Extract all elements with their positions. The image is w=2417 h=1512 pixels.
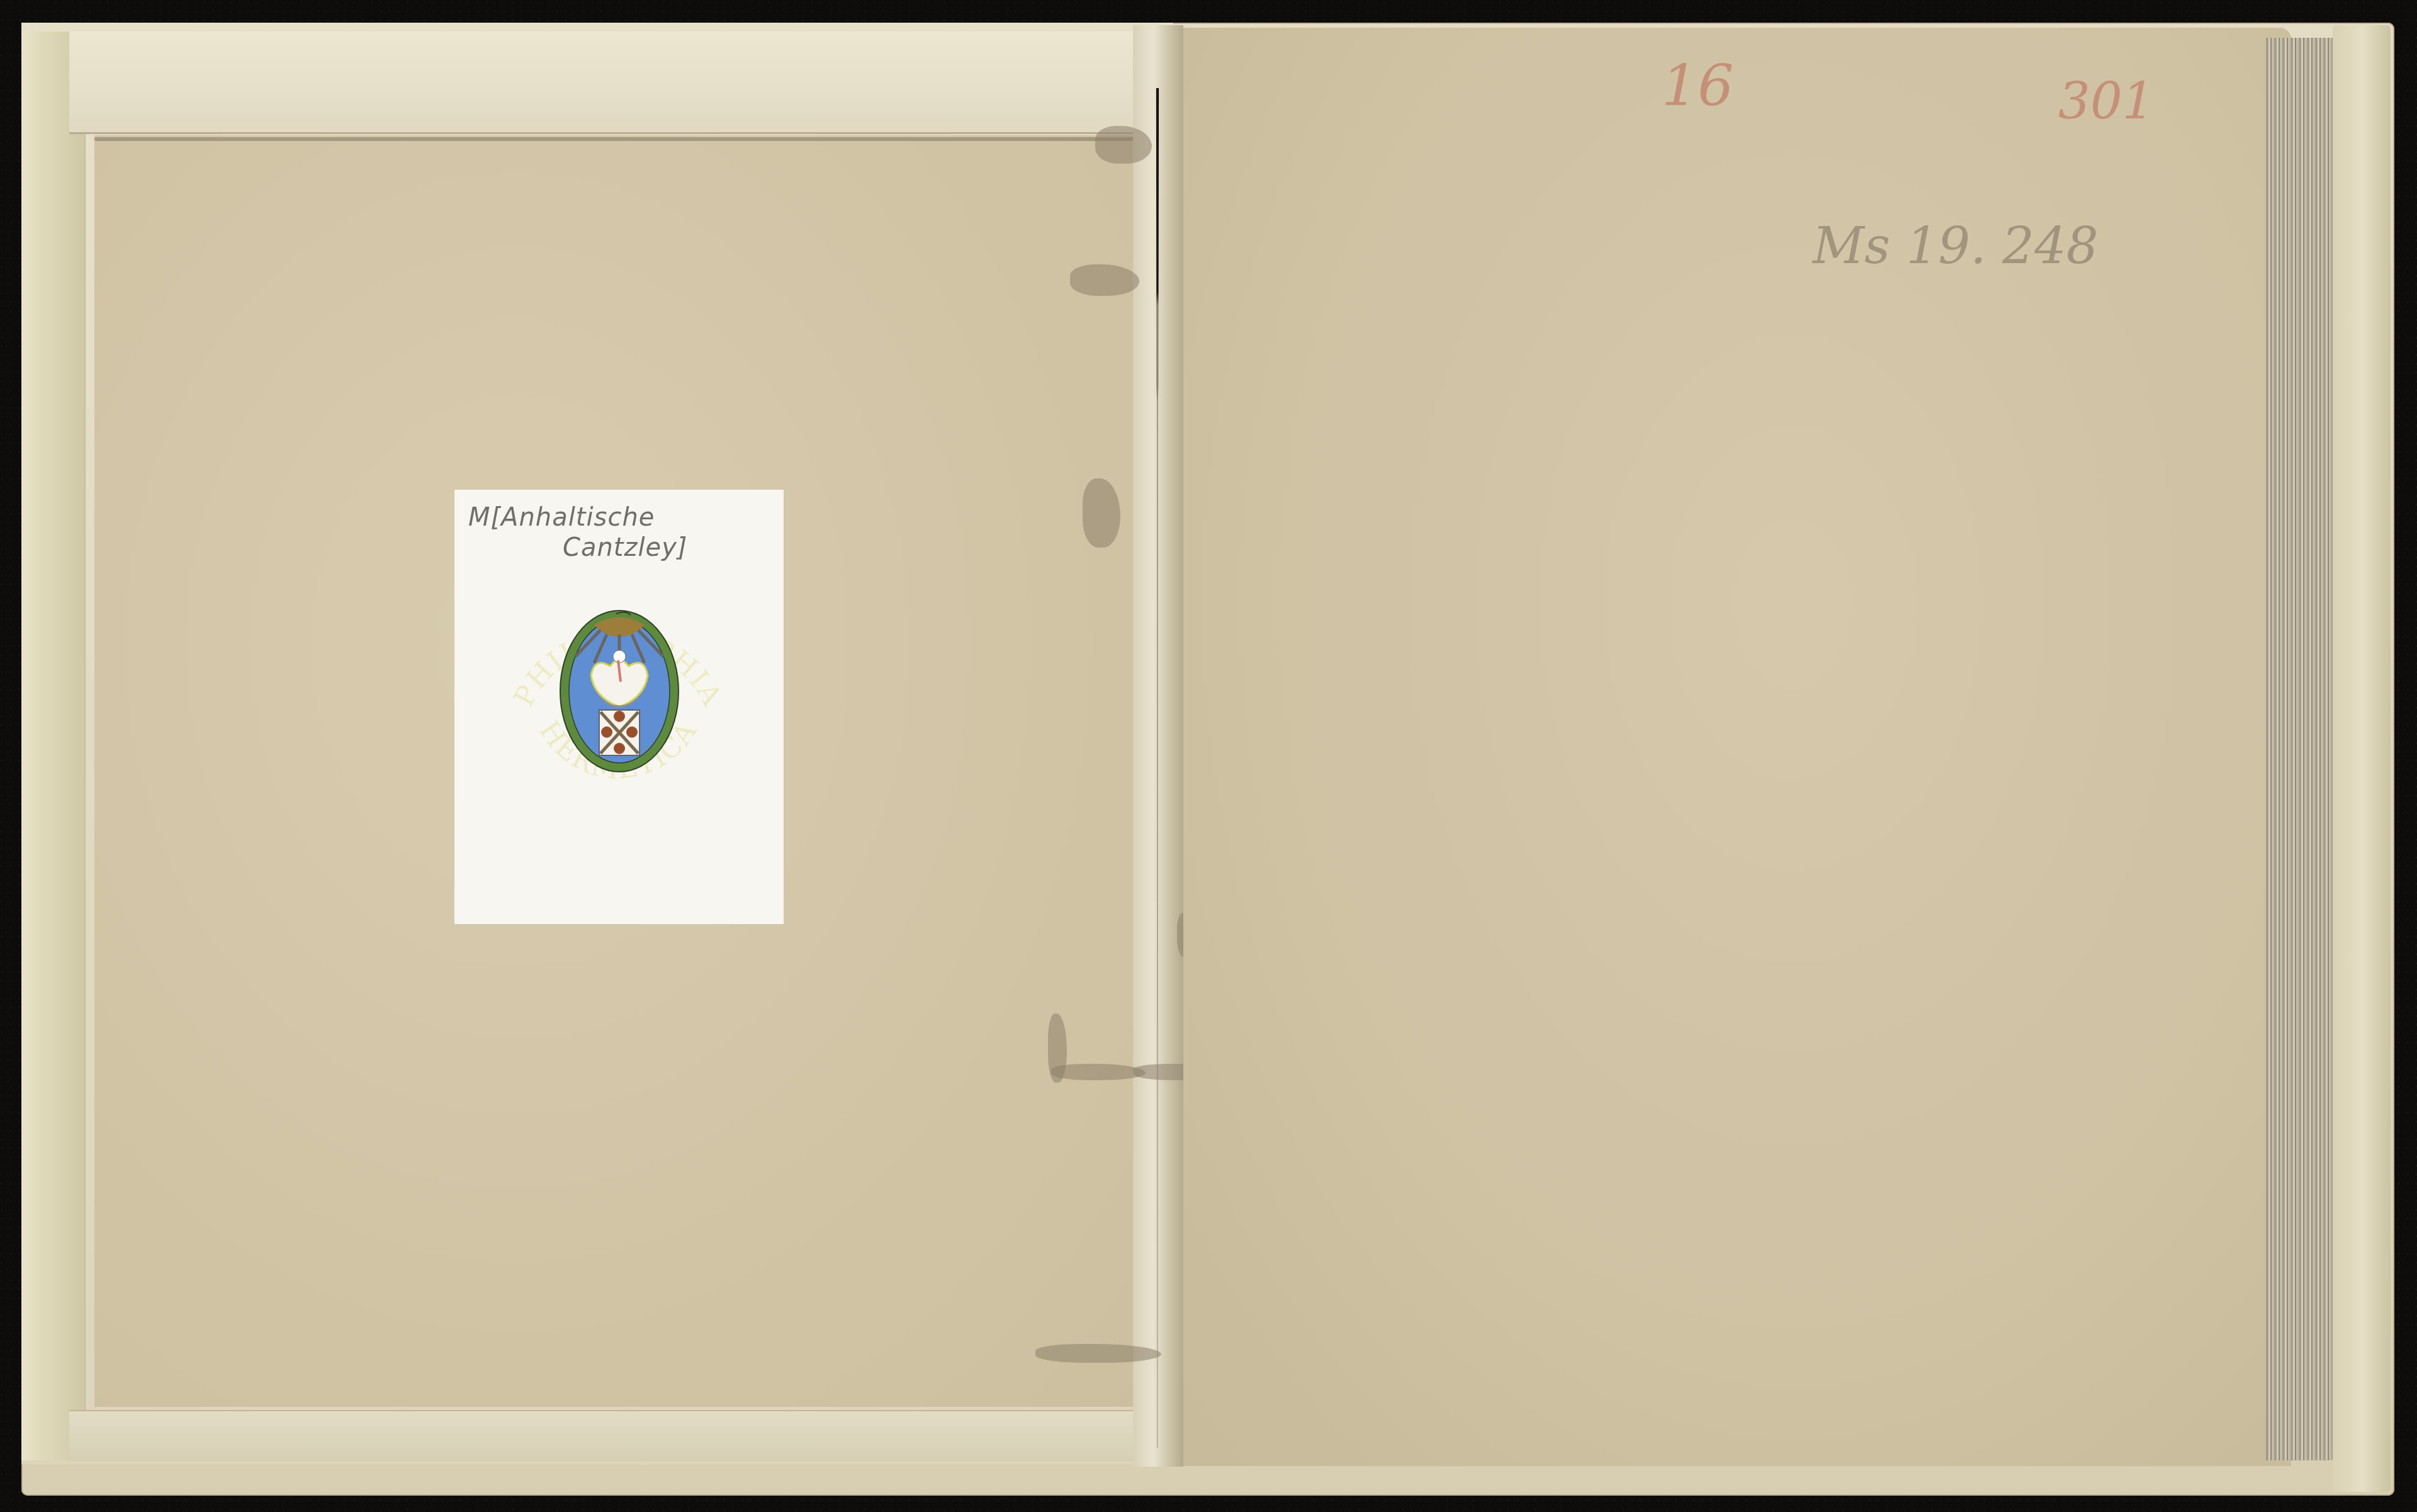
bookplate-emblem: ·PHILOSOPHIA· HERMETICA [492,565,744,817]
note-line-1: M[Anhaltische [468,503,655,532]
vellum-turn-in-top [69,31,1146,134]
back-board-edge [2333,25,2391,1492]
note-line-2: Cantzley] [468,533,770,563]
red-pencil-mark-right: 301 [2058,72,2155,130]
bookplate-label: M[Anhaltische Cantzley] ·PHILOSOPHIA· HE… [454,490,784,924]
vellum-turn-in-bottom [69,1410,1152,1462]
vellum-turn-in-left [21,31,86,1460]
worm-trail-stain [1070,264,1139,296]
page-block-fore-edge [2266,38,2335,1460]
manuscript-provenance-note: M[Anhaltische Cantzley] [468,502,770,563]
free-endpaper: 16 301 Ms 19. 248 [1183,28,2291,1466]
worm-trail-stain [1035,1344,1161,1363]
red-pencil-mark-left: 16 [1662,53,1734,119]
worm-trail-stain [1051,1064,1146,1080]
pelican-in-piety-icon [556,606,682,776]
pastedown-crack [94,137,1152,141]
pencil-shelfmark: Ms 19. 248 [1813,217,2099,275]
